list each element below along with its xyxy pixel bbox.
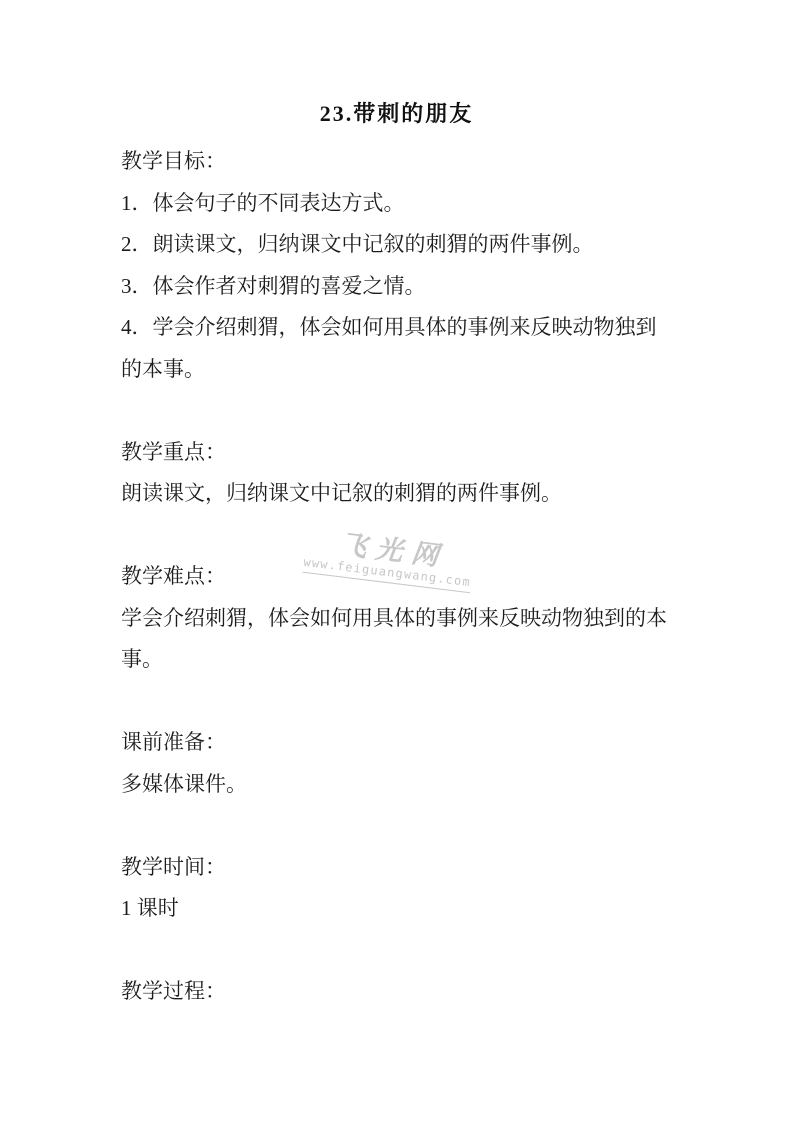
section-heading-process: 教学过程：	[121, 971, 672, 1013]
blank-line	[121, 390, 672, 432]
section-heading-time: 教学时间：	[121, 847, 672, 889]
section-heading-preparation: 课前准备：	[121, 722, 672, 764]
blank-line	[121, 930, 672, 972]
objective-item-2: 2．朗读课文，归纳课文中记叙的刺猬的两件事例。	[121, 224, 672, 266]
blank-line	[121, 681, 672, 723]
blank-line	[121, 515, 672, 557]
blank-line	[121, 805, 672, 847]
difficulties-text: 学会介绍刺猬，体会如何用具体的事例来反映动物独到的本事。	[121, 598, 672, 681]
objective-item-4: 4．学会介绍刺猬，体会如何用具体的事例来反映动物独到的本事。	[121, 307, 672, 390]
document-page: 飞光网 www.feiguangwang.com 23.带刺的朋友 教学目标： …	[0, 0, 793, 1122]
objective-item-3: 3．体会作者对刺猬的喜爱之情。	[121, 266, 672, 308]
objective-item-1: 1．体会句子的不同表达方式。	[121, 183, 672, 225]
time-text: 1 课时	[121, 888, 672, 930]
section-heading-objectives: 教学目标：	[121, 141, 672, 183]
section-heading-key-points: 教学重点：	[121, 432, 672, 474]
preparation-text: 多媒体课件。	[121, 764, 672, 806]
document-body: 23.带刺的朋友 教学目标： 1．体会句子的不同表达方式。 2．朗读课文，归纳课…	[121, 92, 672, 1013]
key-points-text: 朗读课文，归纳课文中记叙的刺猬的两件事例。	[121, 473, 672, 515]
document-title: 23.带刺的朋友	[121, 92, 672, 135]
section-heading-difficulties: 教学难点：	[121, 556, 672, 598]
